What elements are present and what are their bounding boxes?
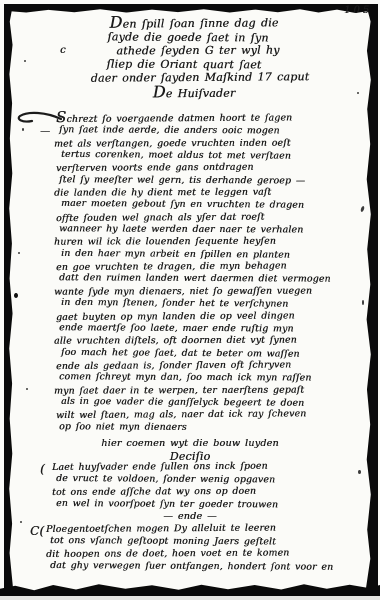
scan-speck	[358, 470, 361, 474]
text-line: comen ſchreyt myn dan, ſoo mach ick myn …	[59, 371, 365, 385]
margin-dash: —	[40, 126, 50, 137]
text-line: op ſoo niet myn dienaers	[59, 421, 365, 435]
bottom-paragraph-b: Ploegentoetſchen mogen Dy alleluit te le…	[46, 523, 376, 573]
scan-border-top	[4, 4, 374, 13]
text-line: dat ghy verwegen ſuer ontfangen, hondert…	[50, 560, 380, 575]
section-divider: — ende —	[0, 511, 380, 522]
scan-speck	[26, 388, 28, 390]
scan-speck	[14, 293, 18, 298]
closing-line: hier coemen wyt die bouw luyden	[0, 438, 380, 449]
scan-border-bottom	[0, 582, 380, 597]
bottom-paragraph-a: Laet huyſvader ende ſullen ons inck ſpoe…	[52, 461, 380, 511]
scan-speck	[18, 252, 20, 254]
scan-edge-strip	[0, 596, 380, 600]
text-line: en wel in voorſpoet ſyn ter goeder trouw…	[56, 498, 380, 513]
scan-speck	[362, 300, 364, 305]
heading-block: Den ſpill ſoan ſinne dag die ſayde die g…	[36, 15, 352, 101]
margin-mark: c	[60, 45, 66, 56]
text-line: ſyn ſaet inde aerde, die anders ooic mog…	[59, 125, 365, 139]
paragraph-bracket: (	[40, 462, 45, 476]
heading-line: athede ſeyden G ter wyl hy	[40, 43, 356, 58]
main-paragraph: Schrezt ſo voergaende datmen hoort te ſa…	[56, 110, 362, 434]
scan-speck	[357, 92, 359, 94]
scan-speck	[22, 128, 24, 131]
heading-line: Den ſpill ſoan ſinne dag die	[36, 14, 352, 32]
text-line: alle vruchten diſtels, oft doornen diet …	[54, 335, 360, 349]
scan-speck	[20, 521, 22, 523]
manuscript-page-scan: 105 Den ſpill ſoan ſinne dag die ſayde d…	[0, 0, 380, 600]
scan-speck	[24, 60, 26, 62]
heading-title: De Huiſvader	[36, 83, 352, 102]
paragraph-bracket: C(	[30, 524, 44, 538]
scan-border-left	[4, 4, 13, 588]
